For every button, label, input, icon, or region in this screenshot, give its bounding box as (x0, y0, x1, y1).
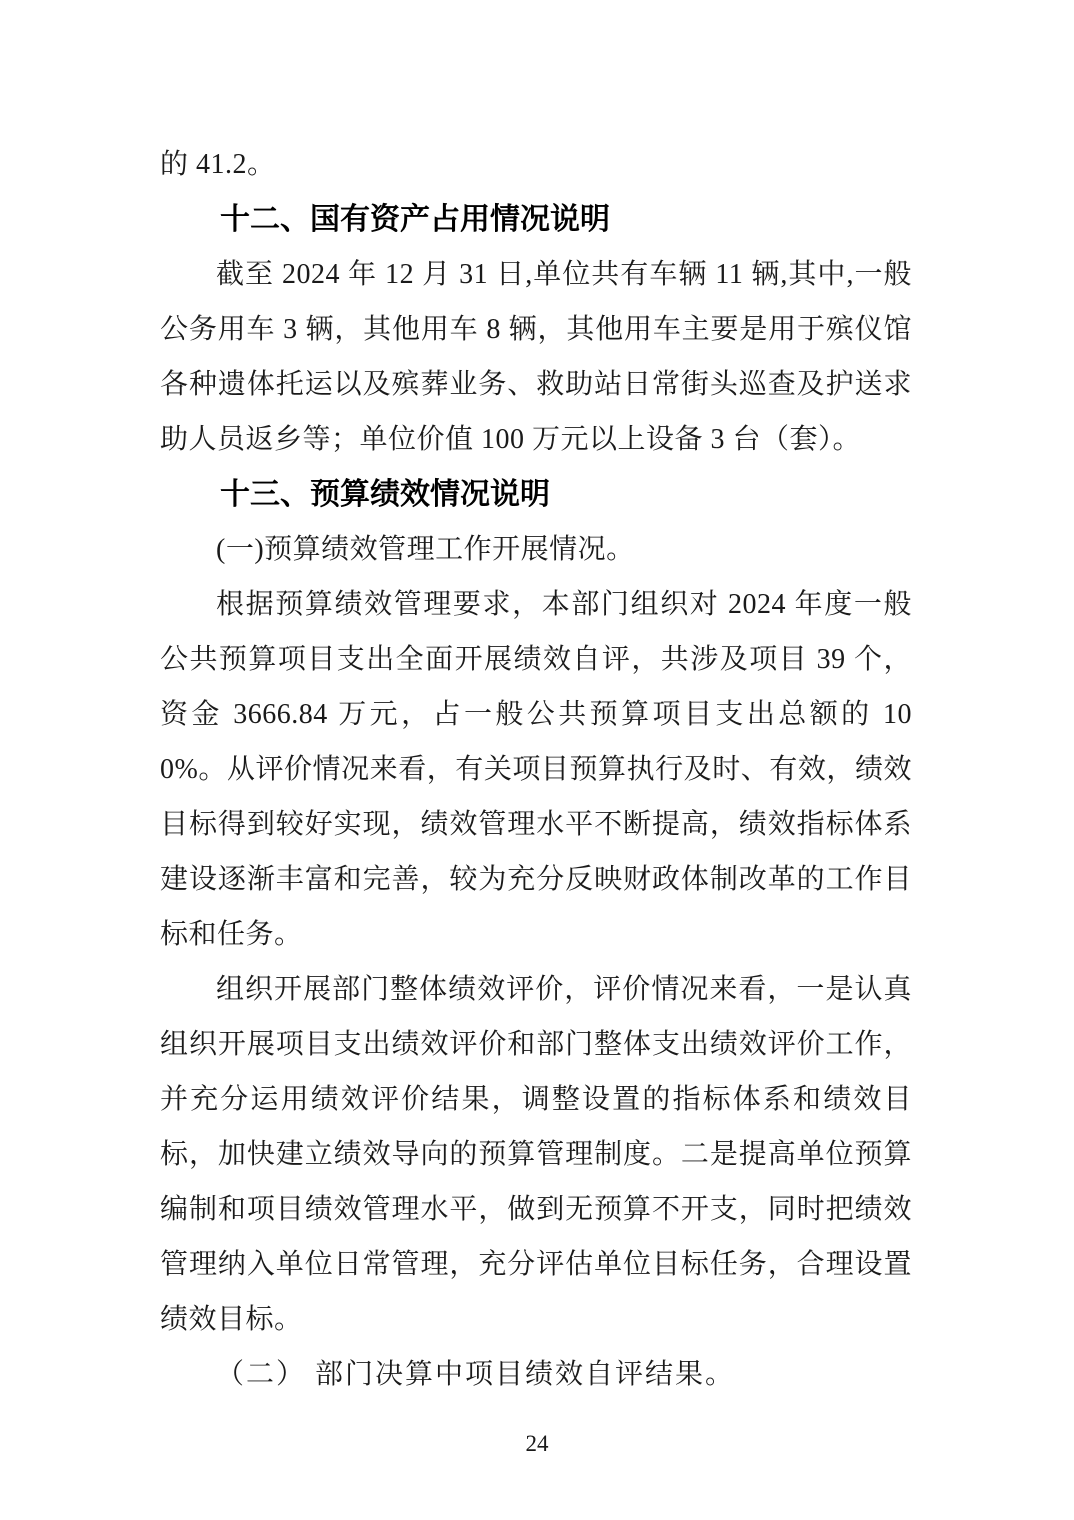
subheading-final-accounts-results: （二） 部门决算中项目绩效自评结果。 (160, 1347, 912, 1402)
paragraph-state-asset-usage: 截至 2024 年 12 月 31 日,单位共有车辆 11 辆,其中,一般公务用… (160, 247, 912, 467)
paragraph-performance-self-evaluation: 根据预算绩效管理要求，本部门组织对 2024 年度一般公共预算项目支出全面开展绩… (160, 577, 912, 962)
document-page: 的 41.2。 十二、国有资产占用情况说明 截至 2024 年 12 月 31 … (0, 0, 1074, 1520)
page-footer: 24 (0, 1430, 1074, 1458)
paragraph-overall-performance-evaluation: 组织开展部门整体绩效评价，评价情况来看，一是认真组织开展项目支出绩效评价和部门整… (160, 962, 912, 1347)
document-content: 的 41.2。 十二、国有资产占用情况说明 截至 2024 年 12 月 31 … (160, 137, 912, 1402)
page-number: 24 (526, 1431, 549, 1456)
continuation-line: 的 41.2。 (160, 137, 912, 192)
subheading-performance-management: (一)预算绩效管理工作开展情况。 (160, 522, 912, 577)
section-heading-budget-performance: 十三、预算绩效情况说明 (160, 467, 912, 522)
section-heading-state-assets: 十二、国有资产占用情况说明 (160, 192, 912, 247)
